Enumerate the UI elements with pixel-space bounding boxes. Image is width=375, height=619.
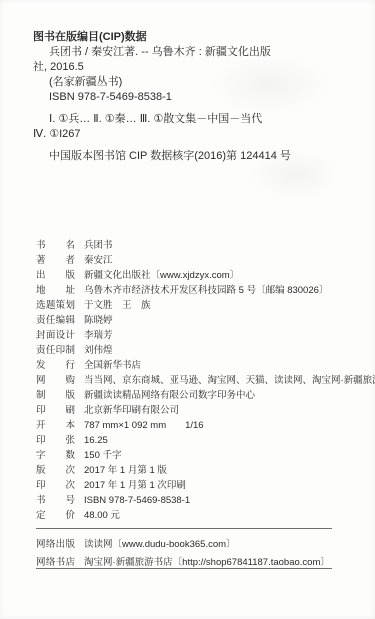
colophon-table: 书名 兵团书 著者 秦安江 出版 新疆文化出版社〔www.xjdzyx.com〕…	[36, 238, 375, 523]
colophon-row: 地址 乌鲁木齐市经济技术开发区科技园路 5 号〔邮编 830026〕	[36, 283, 375, 298]
field-value: 全国新华书店	[84, 358, 141, 373]
cip-entry-line1: 兵团书 / 秦安江著. -- 乌鲁木齐 : 新疆文化出版	[33, 45, 357, 60]
colophon-row: 封面设计 李瑞芳	[36, 328, 375, 343]
cip-isbn-line: ISBN 978-7-5469-8538-1	[33, 90, 357, 105]
colophon-row: 版次 2017 年 1 月第 1 版	[36, 463, 375, 478]
cip-heading: 图书在版编目(CIP)数据	[33, 30, 357, 45]
colophon-row: 书号 ISBN 978-7-5469-8538-1	[36, 493, 375, 508]
field-value: 读读网〔www.dudu-book365.com〕	[84, 536, 236, 554]
field-value: 北京新华印刷有限公司	[84, 403, 179, 418]
field-label: 网络出版	[36, 536, 75, 554]
colophon-row: 著者 秦安江	[36, 253, 375, 268]
field-label: 著者	[36, 253, 75, 268]
online-row: 网络书店 淘宝网·新疆旅游书店〔http://shop67841187.taob…	[36, 554, 330, 572]
field-label: 书号	[36, 493, 75, 508]
field-value: ISBN 978-7-5469-8538-1	[84, 493, 190, 508]
field-label: 印次	[36, 478, 75, 493]
field-label: 制版	[36, 388, 75, 403]
field-label: 网购	[36, 373, 75, 388]
colophon-row: 网购 当当网、京东商城、亚马逊、淘宝网、天猫、读读网、淘宝网·新疆旅游书店	[36, 373, 375, 388]
online-distribution-section: 网络出版 读读网〔www.dudu-book365.com〕 网络书店 淘宝网·…	[36, 536, 330, 572]
field-label: 责任印制	[36, 343, 75, 358]
field-label: 发行	[36, 358, 75, 373]
field-label: 字数	[36, 448, 75, 463]
field-label: 印刷	[36, 403, 75, 418]
field-value: 刘伟煌	[84, 343, 113, 358]
field-label: 定价	[36, 508, 75, 523]
field-value: 新疆文化出版社〔www.xjdzyx.com〕	[84, 268, 239, 283]
colophon-row: 出版 新疆文化出版社〔www.xjdzyx.com〕	[36, 268, 375, 283]
divider-rule-bottom	[36, 568, 332, 569]
field-value: 787 mm×1 092 mm 1/16	[84, 418, 204, 433]
colophon-row: 印次 2017 年 1 月第 1 次印刷	[36, 478, 375, 493]
field-label: 版次	[36, 463, 75, 478]
field-label: 书名	[36, 238, 75, 253]
field-label: 选题策划	[36, 298, 75, 313]
colophon-row: 选题策划 于文胜 王 族	[36, 298, 375, 313]
field-value: 兵团书	[84, 238, 113, 253]
colophon-row: 责任编辑 陈晓婷	[36, 313, 375, 328]
field-value: 48.00 元	[84, 508, 120, 523]
cip-series-line: (名家新疆丛书)	[33, 75, 357, 90]
cip-entry-line2: 社, 2016.5	[33, 60, 357, 75]
book-copyright-page: 图书在版编目(CIP)数据 兵团书 / 秦安江著. -- 乌鲁木齐 : 新疆文化…	[0, 0, 375, 619]
cip-section: 图书在版编目(CIP)数据 兵团书 / 秦安江著. -- 乌鲁木齐 : 新疆文化…	[33, 30, 357, 164]
field-label: 地址	[36, 283, 75, 298]
field-label: 印张	[36, 433, 75, 448]
field-label: 网络书店	[36, 554, 75, 572]
field-value: 2017 年 1 月第 1 版	[84, 463, 167, 478]
field-value: 乌鲁木齐市经济技术开发区科技园路 5 号〔邮编 830026〕	[84, 283, 328, 298]
colophon-row: 定价 48.00 元	[36, 508, 375, 523]
cip-record-number: 中国版本图书馆 CIP 数据核字(2016)第 124414 号	[33, 149, 357, 164]
field-value: 李瑞芳	[84, 328, 113, 343]
colophon-row: 开本 787 mm×1 092 mm 1/16	[36, 418, 375, 433]
divider-rule-top	[36, 528, 332, 529]
spacer	[33, 105, 357, 112]
cip-classification-line2: Ⅳ. ①I267	[33, 127, 357, 142]
online-row: 网络出版 读读网〔www.dudu-book365.com〕	[36, 536, 330, 554]
colophon-row: 责任印制 刘伟煌	[36, 343, 375, 358]
field-label: 责任编辑	[36, 313, 75, 328]
field-value: 2017 年 1 月第 1 次印刷	[84, 478, 186, 493]
field-value: 秦安江	[84, 253, 113, 268]
colophon-row: 印张 16.25	[36, 433, 375, 448]
field-value: 16.25	[84, 433, 108, 448]
colophon-row: 印刷 北京新华印刷有限公司	[36, 403, 375, 418]
field-label: 封面设计	[36, 328, 75, 343]
colophon-row: 书名 兵团书	[36, 238, 375, 253]
field-value: 新疆读读精品网络有限公司数字印务中心	[84, 388, 255, 403]
field-value: 淘宝网·新疆旅游书店〔http://shop67841187.taobao.co…	[84, 554, 330, 572]
spacer	[33, 142, 357, 149]
field-value: 于文胜 王 族	[84, 298, 151, 313]
colophon-row: 制版 新疆读读精品网络有限公司数字印务中心	[36, 388, 375, 403]
colophon-row: 发行 全国新华书店	[36, 358, 375, 373]
colophon-row: 字数 150 千字	[36, 448, 375, 463]
field-label: 开本	[36, 418, 75, 433]
cip-classification-line1: Ⅰ. ①兵… Ⅱ. ①秦… Ⅲ. ①散文集－中国－当代	[33, 112, 357, 127]
field-value: 陈晓婷	[84, 313, 113, 328]
field-value: 150 千字	[84, 448, 122, 463]
field-label: 出版	[36, 268, 75, 283]
field-value: 当当网、京东商城、亚马逊、淘宝网、天猫、读读网、淘宝网·新疆旅游书店	[84, 373, 375, 388]
